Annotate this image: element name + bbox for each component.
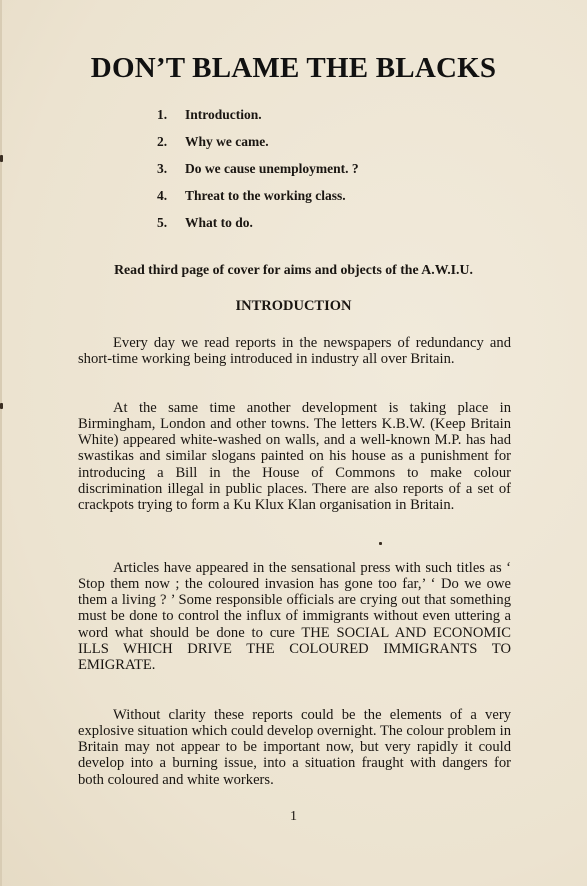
- toc-number: 2.: [157, 134, 185, 150]
- document-page: DON’T BLAME THE BLACKS 1.Introduction. 2…: [0, 0, 587, 886]
- paragraph: Articles have appeared in the sensationa…: [78, 560, 511, 674]
- document-title: DON’T BLAME THE BLACKS: [0, 52, 587, 85]
- binding-mark: [0, 155, 3, 162]
- toc-number: 3.: [157, 161, 185, 177]
- toc-item: 2.Why we came.: [157, 134, 359, 161]
- toc-number: 1.: [157, 107, 185, 123]
- toc-item: 3.Do we cause unemployment. ?: [157, 161, 359, 188]
- toc-label: Threat to the working class.: [185, 188, 346, 203]
- toc-item: 4.Threat to the working class.: [157, 188, 359, 215]
- toc-label: Why we came.: [185, 134, 269, 149]
- toc-item: 5.What to do.: [157, 215, 359, 242]
- paragraph: Without clarity these reports could be t…: [78, 707, 511, 788]
- paragraph: At the same time another development is …: [78, 400, 511, 514]
- toc-label: Do we cause unemployment. ?: [185, 161, 359, 176]
- toc-number: 5.: [157, 215, 185, 231]
- toc-number: 4.: [157, 188, 185, 204]
- toc-label: Introduction.: [185, 107, 262, 122]
- binding-mark: [0, 403, 3, 409]
- paragraph: Every day we read reports in the newspap…: [78, 335, 511, 368]
- paper-speck: [379, 542, 382, 545]
- toc-label: What to do.: [185, 215, 253, 230]
- table-of-contents: 1.Introduction. 2.Why we came. 3.Do we c…: [157, 107, 359, 242]
- page-edge: [0, 0, 2, 886]
- cover-note: Read third page of cover for aims and ob…: [0, 262, 587, 278]
- page-number: 1: [0, 809, 587, 825]
- section-heading: INTRODUCTION: [0, 298, 587, 315]
- toc-item: 1.Introduction.: [157, 107, 359, 134]
